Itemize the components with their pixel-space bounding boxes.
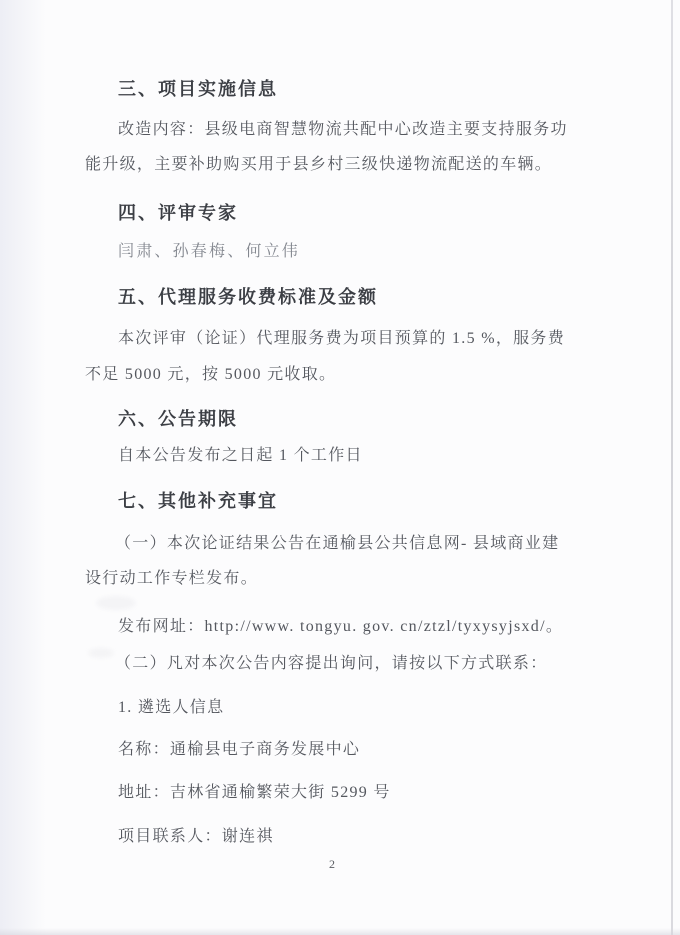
selector-info-label: 1. 遴选人信息 xyxy=(118,699,224,717)
page-number: 2 xyxy=(0,857,664,872)
contact-person-line: 项目联系人：谢连祺 xyxy=(118,828,274,846)
scanned-document-page: 三、项目实施信息 改造内容：县级电商智慧物流共配中心改造主要支持服务功 能升级，… xyxy=(0,0,680,935)
scan-left-shadow xyxy=(0,0,46,935)
scan-right-page-edge xyxy=(671,0,673,935)
section-heading-review-experts: 四、评审专家 xyxy=(118,203,238,224)
paragraph-line: 自本公告发布之日起 1 个工作日 xyxy=(118,447,363,465)
paragraph-line: （一）本次论证结果公告在通榆县公共信息网- 县域商业建 xyxy=(115,535,559,553)
paragraph-line: （二）凡对本次公告内容提出询问，请按以下方式联系： xyxy=(115,655,548,673)
paragraph-line: 能升级，主要补助购买用于县乡村三级快递物流配送的车辆。 xyxy=(85,156,552,174)
publish-url-line: 发布网址：http://www. tongyu. gov. cn/ztzl/ty… xyxy=(118,618,563,636)
section-heading-announcement-period: 六、公告期限 xyxy=(118,409,238,430)
expert-names-line: 闫肃、孙春梅、何立伟 xyxy=(118,243,300,261)
org-name-line: 名称：通榆县电子商务发展中心 xyxy=(118,741,360,759)
section-heading-agency-fee: 五、代理服务收费标准及金额 xyxy=(118,287,378,308)
paragraph-line: 设行动工作专栏发布。 xyxy=(85,570,258,588)
scan-smudge xyxy=(96,596,136,610)
address-line: 地址：吉林省通榆繁荣大街 5299 号 xyxy=(118,784,391,802)
paragraph-line: 不足 5000 元，按 5000 元收取。 xyxy=(85,366,336,384)
paragraph-line: 改造内容：县级电商智慧物流共配中心改造主要支持服务功 xyxy=(118,121,568,139)
paragraph-line: 本次评审（论证）代理服务费为项目预算的 1.5 %，服务费 xyxy=(118,330,565,348)
section-heading-other-supplementary-matters: 七、其他补充事宜 xyxy=(118,491,278,512)
section-heading-project-implementation-info: 三、项目实施信息 xyxy=(118,79,278,100)
scan-smudge xyxy=(88,648,114,658)
scan-bottom-shadow xyxy=(0,928,680,935)
